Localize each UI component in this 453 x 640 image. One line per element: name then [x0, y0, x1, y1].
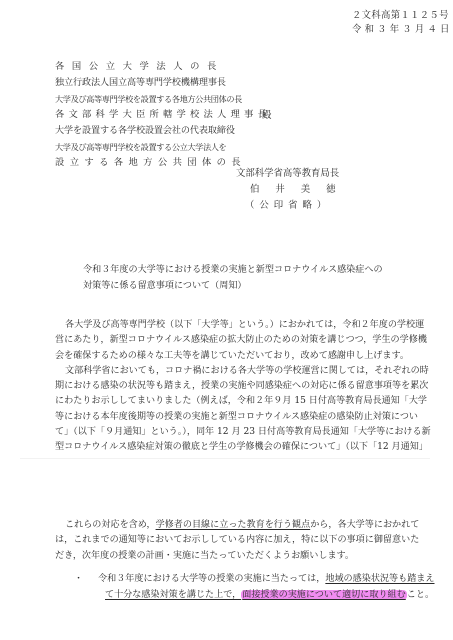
bullet-item: ・令和３年度における大学等の授業の実施に当たっては，地域の感染状況等も踏まえ て… [74, 571, 435, 603]
recipient: 設立する各地方公共団体の長 [55, 155, 235, 171]
recipient: 独立行政法人国立高等専門学校機構理事長 [55, 75, 235, 91]
body-line: 等における本年度後期等の授業の実施と新型コロナウイルス感染症の感染防止対策につい [55, 410, 427, 425]
highlighted-phrase: 面接授業の実施について適切に取り組む [241, 590, 407, 600]
body-line: て」（以下「９月通知」という。），同年 12 月 23 日付高等教育局長通知「大… [55, 425, 427, 440]
seal-note: （公印省略） [245, 198, 331, 215]
body-line: 各大学及び高等専門学校（以下「大学等」という。）におかれては，令和２年度の学校運 [55, 318, 427, 333]
recipient: 大学及び高等専門学校を設置する公立大学法人を [55, 139, 235, 155]
bullet-text: 令和３年度における大学等の授業の実施に当たっては， [98, 574, 325, 584]
underlined-phrase: 学修者の目線に立った教育を行う観点 [156, 520, 311, 530]
body-line: 期における感染の状況等も踏まえ，授業の実施や同感染症への対応に係る留意事項等を累… [55, 379, 427, 394]
recipient-list: 各国公立大学法人の長 独立行政法人国立高等専門学校機構理事長 大学及び高等専門学… [55, 59, 235, 171]
closing-line: これらの対応を含め，学修者の目線に立った教育を行う観点から，各大学等におかれて [55, 518, 419, 533]
closing-line: は，これまでの通知等においてお示ししている内容に加え，特に以下の事項に御留意いた [55, 533, 419, 548]
recipient: 大学及び高等専門学校を設置する各地方公共団体の長 [55, 91, 235, 107]
body-line: 営にあたり，新型コロナウイルス感染症の拡大防止のための対策を講じつつ，学生の学修… [55, 333, 427, 348]
body-line: にわたりお示ししてまいりました（例えば，令和２年９月 15 日付高等教育局長通知… [55, 394, 427, 409]
recipient: 各文部科学大臣所轄学校法人理事長 [55, 107, 235, 123]
body-line: 文部科学省においても，コロナ禍における各大学等の学校運営に関しては，それぞれの時 [55, 364, 427, 379]
body-text: 各大学及び高等専門学校（以下「大学等」という。）におかれては，令和２年度の学校運… [55, 318, 427, 456]
honorific: 殿 [262, 107, 272, 121]
document-number: ２文科高第１１２５号 [352, 9, 453, 23]
body-line: 型コロナウイルス感染症対策の徹底と学生の学修機会の確保について」（以下「12 月… [55, 440, 427, 455]
recipient: 大学を設置する各学校設置会社の代表取締役 [55, 123, 235, 139]
subject-line: 対策等に係る留意事項について（周知） [83, 278, 383, 294]
underlined-phrase: て十分な感染対策を講じた上で， [105, 590, 241, 600]
sender-organization: 文部科学省高等教育局長 [236, 166, 339, 183]
document-page: ２文科高第１１２５号 令和３年３月４日 各国公立大学法人の長 独立行政法人国立高… [0, 0, 453, 640]
body-line: 会を確保するための様々な工夫等を講じていただいており，改めて感謝申し上げます。 [55, 349, 427, 364]
underlined-phrase: 地域の感染状況等も踏まえ [325, 574, 434, 584]
closing-text: これらの対応を含め， [65, 520, 156, 530]
bullet-line: て十分な感染対策を講じた上で，面接授業の実施について適切に取り組むこと。 [74, 587, 435, 603]
document-date: 令和３年３月４日 [352, 23, 453, 37]
closing-paragraph: これらの対応を含め，学修者の目線に立った教育を行う観点から，各大学等におかれて … [55, 518, 419, 564]
bullet-line: ・令和３年度における大学等の授業の実施に当たっては，地域の感染状況等も踏まえ [74, 571, 435, 587]
scan-artifact [20, 458, 430, 459]
closing-line: だき，次年度の授業の計画・実施に当たっていただくようお願いします。 [55, 549, 419, 564]
sender-name: 伯井美徳 [250, 182, 352, 199]
subject-line: 令和３年度の大学等における授業の実施と新型コロナウイルス感染症への [83, 262, 383, 278]
bullet-icon: ・ [74, 571, 98, 587]
recipient: 各国公立大学法人の長 [55, 59, 235, 75]
document-header: ２文科高第１１２５号 令和３年３月４日 [352, 9, 453, 37]
bullet-text: こと。 [407, 590, 434, 600]
subject: 令和３年度の大学等における授業の実施と新型コロナウイルス感染症への 対策等に係る… [83, 262, 383, 294]
closing-text: から，各大学等におかれて [310, 520, 419, 530]
